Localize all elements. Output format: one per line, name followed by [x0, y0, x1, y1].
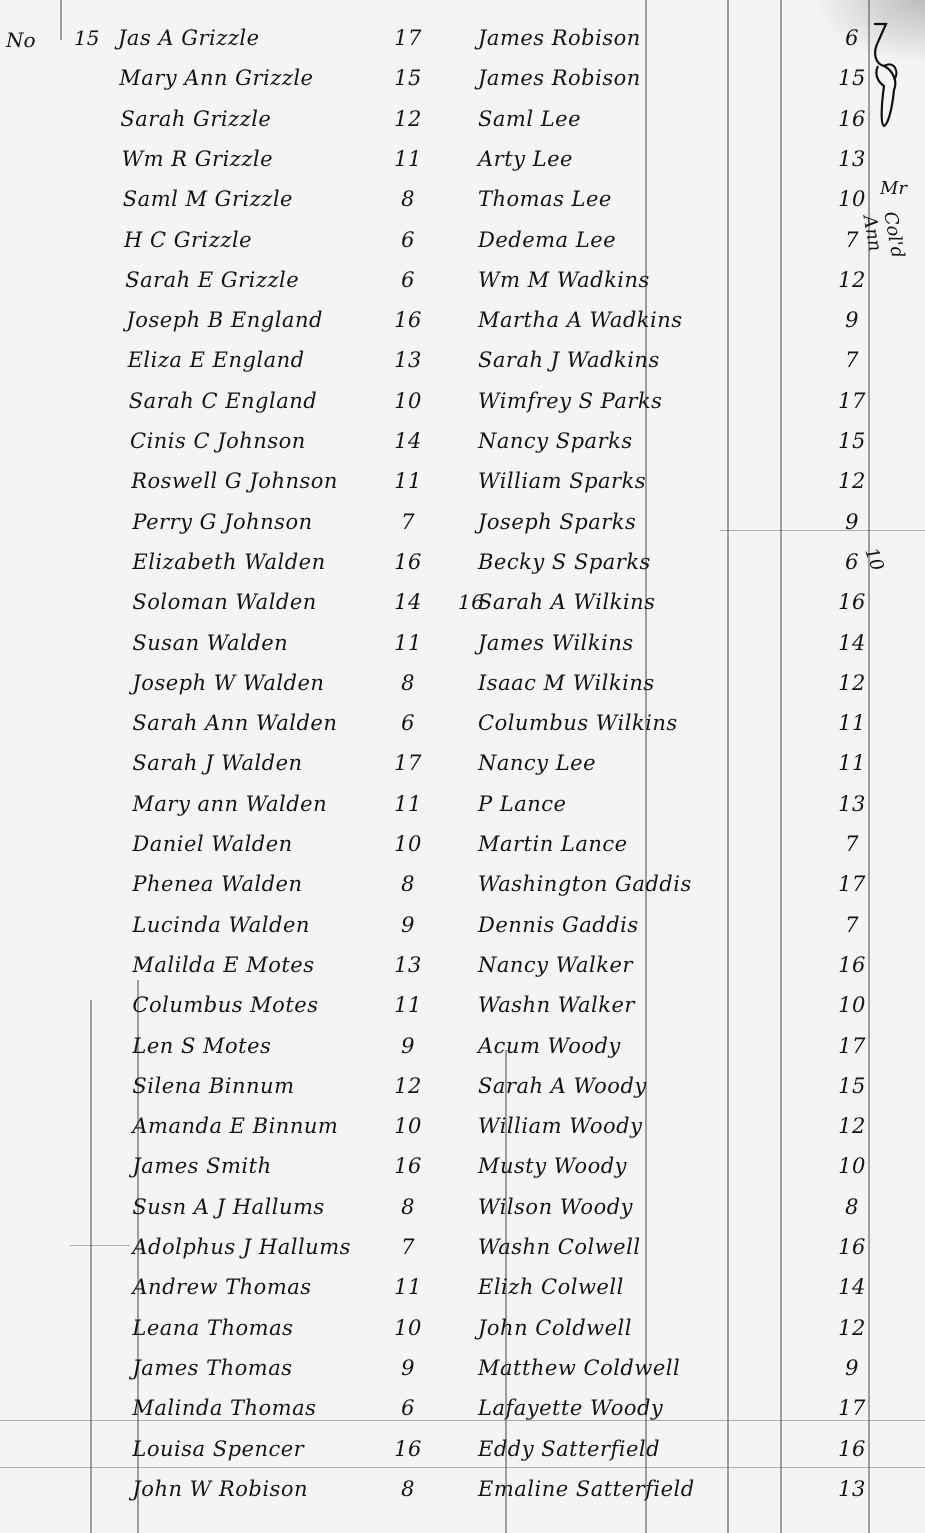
ledger-row: Wm R Grizzle11Arty Lee13 [0, 139, 925, 177]
ledger-row: Susan Walden11James Wilkins14 [0, 623, 925, 661]
left-child-name: Jas A Grizzle [118, 26, 260, 50]
ledger-row: Eliza E England13Sarah J Wadkins7 [0, 340, 925, 378]
right-child-age: 14 [832, 631, 872, 655]
ledger-row: Soloman Walden1416Sarah A Wilkins16 [0, 582, 925, 620]
left-child-age: 15 [388, 66, 428, 90]
left-child-age: 17 [388, 751, 428, 775]
ledger-row: Phenea Walden8Washington Gaddis17 [0, 864, 925, 902]
left-child-age: 8 [388, 872, 428, 896]
left-child-name: Cinis C Johnson [130, 429, 306, 453]
ledger-row: Elizabeth Walden16Becky S Sparks6 [0, 542, 925, 580]
left-child-age: 17 [388, 26, 428, 50]
left-child-age: 16 [388, 308, 428, 332]
left-child-age: 11 [388, 631, 428, 655]
right-child-age: 10 [832, 1154, 872, 1178]
right-child-age: 9 [832, 1356, 872, 1380]
right-child-name: Elizh Colwell [478, 1275, 624, 1299]
left-child-name: Sarah E Grizzle [125, 268, 299, 292]
left-child-age: 11 [388, 147, 428, 171]
left-child-name: Joseph B England [126, 308, 323, 332]
right-child-age: 7 [832, 228, 872, 252]
right-child-name: William Sparks [478, 469, 646, 493]
left-child-age: 8 [388, 1477, 428, 1501]
ledger-row: H C Grizzle6Dedema Lee7 [0, 220, 925, 258]
right-child-name: Musty Woody [478, 1154, 627, 1178]
left-child-name: John W Robison [132, 1477, 308, 1501]
right-child-name: Dedema Lee [478, 228, 616, 252]
left-child-age: 14 [388, 429, 428, 453]
right-child-name: Joseph Sparks [478, 510, 636, 534]
left-child-age: 6 [388, 711, 428, 735]
left-child-age: 16 [388, 1154, 428, 1178]
right-child-name: Matthew Coldwell [478, 1356, 680, 1380]
right-child-name: William Woody [478, 1114, 642, 1138]
ledger-row: Sarah Ann Walden6Columbus Wilkins11 [0, 703, 925, 741]
left-child-age: 12 [388, 107, 428, 131]
left-child-age: 6 [388, 268, 428, 292]
right-child-name: James Robison [478, 26, 641, 50]
left-child-name: Daniel Walden [132, 832, 292, 856]
left-child-name: Mary Ann Grizzle [119, 66, 313, 90]
right-child-name: Wimfrey S Parks [478, 389, 662, 413]
right-child-age: 13 [832, 147, 872, 171]
right-child-age: 15 [832, 429, 872, 453]
left-child-name: Sarah C England [129, 389, 317, 413]
left-child-name: H C Grizzle [124, 228, 252, 252]
left-child-name: Saml M Grizzle [123, 187, 293, 211]
left-child-age: 13 [388, 348, 428, 372]
left-child-age: 7 [388, 1235, 428, 1259]
right-child-name: Nancy Sparks [478, 429, 633, 453]
ledger-row: Sarah E Grizzle6Wm M Wadkins12 [0, 260, 925, 298]
left-child-age: 13 [388, 953, 428, 977]
left-child-age: 8 [388, 187, 428, 211]
left-child-age: 11 [388, 792, 428, 816]
left-child-name: Perry G Johnson [132, 510, 312, 534]
right-child-name: Nancy Lee [478, 751, 596, 775]
left-child-age: 9 [388, 1356, 428, 1380]
left-child-name: Columbus Motes [132, 993, 318, 1017]
left-child-name: Malilda E Motes [132, 953, 314, 977]
left-child-age: 7 [388, 510, 428, 534]
right-child-age: 16 [832, 1437, 872, 1461]
right-child-name: Washn Walker [478, 993, 635, 1017]
right-child-age: 12 [832, 1316, 872, 1340]
left-child-age: 9 [388, 1034, 428, 1058]
ledger-row: Sarah Grizzle12Saml Lee16 [0, 99, 925, 137]
right-child-age: 9 [832, 510, 872, 534]
left-child-age: 6 [388, 228, 428, 252]
ledger-row: Columbus Motes11Washn Walker10 [0, 985, 925, 1023]
ledger-row: Susn A J Hallums8Wilson Woody8 [0, 1187, 925, 1225]
right-child-name: Washn Colwell [478, 1235, 641, 1259]
right-child-name: Becky S Sparks [478, 550, 651, 574]
left-child-age: 14 [388, 590, 428, 614]
ledger-row: Daniel Walden10Martin Lance7 [0, 824, 925, 862]
ledger-row: Malinda Thomas6Lafayette Woody17 [0, 1388, 925, 1426]
right-child-age: 16 [832, 953, 872, 977]
left-child-name: Susan Walden [132, 631, 288, 655]
right-child-age: 6 [832, 26, 872, 50]
left-child-name: Soloman Walden [132, 590, 316, 614]
right-child-name: Wm M Wadkins [478, 268, 650, 292]
right-child-age: 17 [832, 1034, 872, 1058]
left-child-name: Louisa Spencer [132, 1437, 304, 1461]
ledger-row: Sarah C England10Wimfrey S Parks17 [0, 381, 925, 419]
left-child-name: Len S Motes [132, 1034, 271, 1058]
right-child-age: 8 [832, 1195, 872, 1219]
right-child-name: Lafayette Woody [478, 1396, 663, 1420]
right-child-age: 9 [832, 308, 872, 332]
ledger-row: Amanda E Binnum10William Woody12 [0, 1106, 925, 1144]
right-child-name: Arty Lee [478, 147, 573, 171]
left-child-name: Silena Binnum [132, 1074, 294, 1098]
left-child-name: Sarah Ann Walden [132, 711, 337, 735]
ledger-row: Joseph W Walden8Isaac M Wilkins12 [0, 663, 925, 701]
left-child-age: 9 [388, 913, 428, 937]
right-child-age: 7 [832, 348, 872, 372]
right-child-age: 7 [832, 913, 872, 937]
left-child-name: Sarah J Walden [132, 751, 302, 775]
right-child-age: 17 [832, 872, 872, 896]
ledger-page: No 15 Mr Col'd Ann 10 Jas A Grizzle17Jam… [0, 0, 925, 1533]
left-child-name: Eliza E England [128, 348, 305, 372]
right-child-name: Eddy Satterfield [478, 1437, 660, 1461]
right-child-name: James Robison [478, 66, 641, 90]
right-child-age: 12 [832, 268, 872, 292]
left-child-age: 16 [388, 550, 428, 574]
left-child-name: Mary ann Walden [132, 792, 327, 816]
right-child-age: 16 [832, 1235, 872, 1259]
ledger-row: Jas A Grizzle17James Robison6 [0, 18, 925, 56]
right-child-name: Thomas Lee [478, 187, 612, 211]
right-child-age: 17 [832, 1396, 872, 1420]
left-child-age: 11 [388, 1275, 428, 1299]
right-child-age: 13 [832, 1477, 872, 1501]
ledger-row: John W Robison8Emaline Satterfield13 [0, 1469, 925, 1507]
right-child-name: James Wilkins [478, 631, 634, 655]
ledger-row: Roswell G Johnson11William Sparks12 [0, 461, 925, 499]
right-child-name: Columbus Wilkins [478, 711, 678, 735]
right-child-age: 10 [832, 993, 872, 1017]
right-child-name: P Lance [478, 792, 566, 816]
right-child-name: Emaline Satterfield [478, 1477, 695, 1501]
right-child-age: 12 [832, 469, 872, 493]
left-child-name: Elizabeth Walden [132, 550, 325, 574]
right-child-name: Martha A Wadkins [478, 308, 683, 332]
left-child-age: 8 [388, 671, 428, 695]
left-child-age: 8 [388, 1195, 428, 1219]
left-child-name: Malinda Thomas [132, 1396, 316, 1420]
ledger-row: Joseph B England16Martha A Wadkins9 [0, 300, 925, 338]
left-child-name: James Thomas [132, 1356, 292, 1380]
right-child-age: 15 [832, 66, 872, 90]
right-child-age: 15 [832, 1074, 872, 1098]
right-child-name: Isaac M Wilkins [478, 671, 655, 695]
left-child-name: Amanda E Binnum [132, 1114, 338, 1138]
left-child-name: James Smith [132, 1154, 271, 1178]
left-child-name: Susn A J Hallums [132, 1195, 324, 1219]
ledger-row: Malilda E Motes13Nancy Walker16 [0, 945, 925, 983]
right-child-name: Wilson Woody [478, 1195, 633, 1219]
right-child-age: 17 [832, 389, 872, 413]
ledger-row: Sarah J Walden17Nancy Lee11 [0, 743, 925, 781]
ledger-row: Adolphus J Hallums7Washn Colwell16 [0, 1227, 925, 1265]
right-child-age: 16 [832, 107, 872, 131]
ledger-row: Louisa Spencer16Eddy Satterfield16 [0, 1429, 925, 1467]
left-child-age: 10 [388, 389, 428, 413]
right-child-age: 10 [832, 187, 872, 211]
right-child-name: Sarah A Wilkins [478, 590, 655, 614]
right-child-age: 16 [832, 590, 872, 614]
ledger-row: James Thomas9Matthew Coldwell9 [0, 1348, 925, 1386]
left-child-name: Wm R Grizzle [122, 147, 273, 171]
right-child-age: 13 [832, 792, 872, 816]
ledger-row: Saml M Grizzle8Thomas Lee10 [0, 179, 925, 217]
right-child-age: 11 [832, 711, 872, 735]
ledger-row: Len S Motes9Acum Woody17 [0, 1026, 925, 1064]
right-child-name: Saml Lee [478, 107, 581, 131]
right-child-name: Nancy Walker [478, 953, 633, 977]
right-child-name: Martin Lance [478, 832, 628, 856]
left-child-name: Adolphus J Hallums [132, 1235, 351, 1259]
left-child-name: Leana Thomas [132, 1316, 293, 1340]
right-child-age: 12 [832, 671, 872, 695]
left-child-name: Phenea Walden [132, 872, 302, 896]
ledger-row: James Smith16Musty Woody10 [0, 1146, 925, 1184]
ledger-row: Mary Ann Grizzle15James Robison15 [0, 58, 925, 96]
right-child-name: Washington Gaddis [478, 872, 692, 896]
ledger-row: Silena Binnum12Sarah A Woody15 [0, 1066, 925, 1104]
left-child-age: 11 [388, 469, 428, 493]
left-child-age: 10 [388, 832, 428, 856]
left-child-name: Joseph W Walden [132, 671, 324, 695]
right-child-name: Acum Woody [478, 1034, 621, 1058]
right-child-name: John Coldwell [478, 1316, 632, 1340]
ledger-row: Cinis C Johnson14Nancy Sparks15 [0, 421, 925, 459]
left-child-age: 10 [388, 1114, 428, 1138]
right-child-name: Sarah A Woody [478, 1074, 647, 1098]
right-child-age: 11 [832, 751, 872, 775]
ledger-row: Perry G Johnson7Joseph Sparks9 [0, 502, 925, 540]
ledger-row: Lucinda Walden9Dennis Gaddis7 [0, 905, 925, 943]
right-child-name: Dennis Gaddis [478, 913, 639, 937]
left-child-age: 6 [388, 1396, 428, 1420]
right-child-age: 12 [832, 1114, 872, 1138]
left-child-name: Andrew Thomas [132, 1275, 311, 1299]
left-child-age: 10 [388, 1316, 428, 1340]
ledger-row: Mary ann Walden11P Lance13 [0, 784, 925, 822]
left-child-age: 11 [388, 993, 428, 1017]
left-child-name: Lucinda Walden [132, 913, 310, 937]
left-child-age: 12 [388, 1074, 428, 1098]
ledger-row: Andrew Thomas11Elizh Colwell14 [0, 1267, 925, 1305]
right-child-name: Sarah J Wadkins [478, 348, 660, 372]
left-child-name: Roswell G Johnson [131, 469, 338, 493]
ledger-row: Leana Thomas10John Coldwell12 [0, 1308, 925, 1346]
right-child-age: 7 [832, 832, 872, 856]
left-child-name: Sarah Grizzle [120, 107, 271, 131]
right-child-age: 6 [832, 550, 872, 574]
right-child-age: 14 [832, 1275, 872, 1299]
left-child-age: 16 [388, 1437, 428, 1461]
